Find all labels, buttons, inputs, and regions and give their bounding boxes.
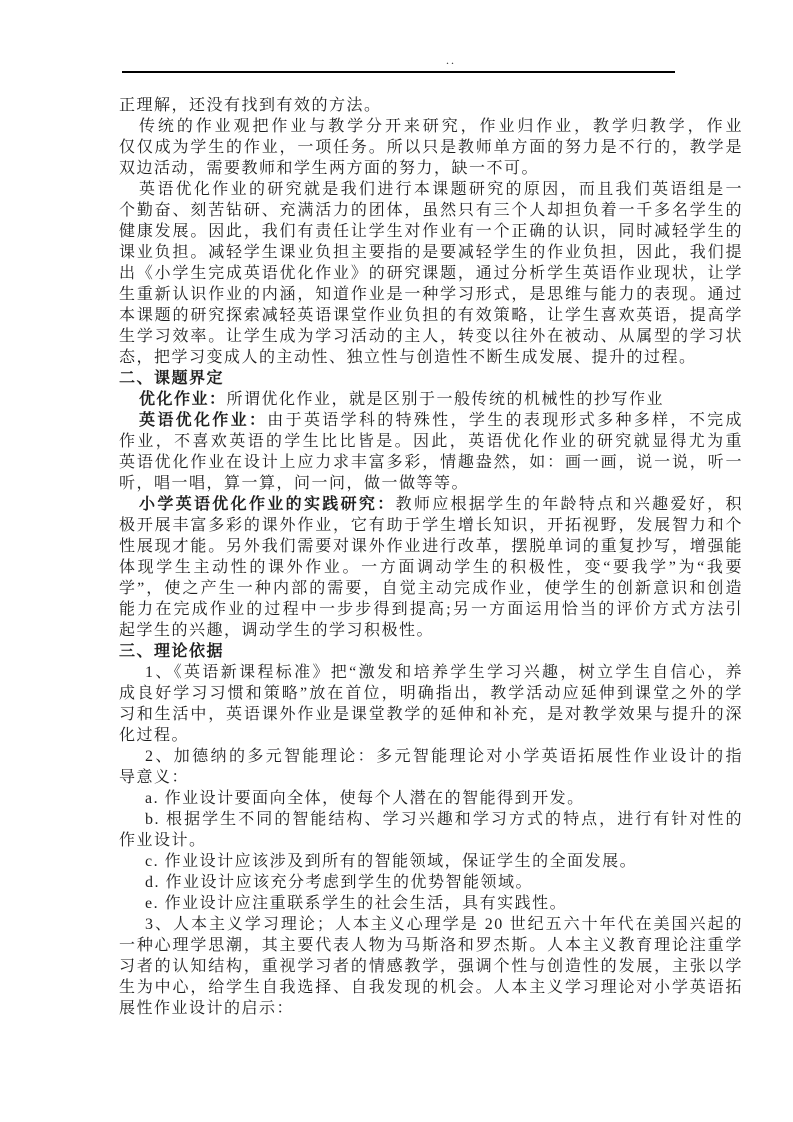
text-line: 习者的认知结构，重视学习者的情感教学，强调个性与创造性的发展，主张以学 [119,956,743,977]
bold-run: 三、理论依据 [119,643,224,660]
text-line: 2、加德纳的多元智能理论：多元智能理论对小学英语拓展性作业设计的指 [119,746,743,767]
text-line: a. 作业设计要面向全体，使每个人潜在的智能得到开发。 [119,788,743,809]
text-line: 传统的作业观把作业与教学分开来研究，作业归作业，教学归教学，作业 [119,116,743,137]
document-body: 正理解，还没有找到有效的方法。传统的作业观把作业与教学分开来研究，作业归作业，教… [119,95,743,1019]
text-line: 成良好学习习惯和策略”放在首位，明确指出，教学活动应延伸到课堂之外的学 [119,683,743,704]
text-line: 3、人本主义学习理论；人本主义心理学是 20 世纪五六十年代在美国兴起的 [119,914,743,935]
text-line: 习和生活中，英语课外作业是课堂教学的延伸和补充，是对教学效果与提升的深 [119,704,743,725]
text-line: 能力在完成作业的过程中一步步得到提高;另一方面运用恰当的评价方式方法引 [119,599,743,620]
text-line: 二、课题界定 [119,368,743,389]
text-line: b. 根据学生不同的智能结构、学习兴趣和学习方式的特点，进行有针对性的 [119,809,743,830]
text-line: 作业设计。 [119,830,743,851]
text-line: 出《小学生完成英语优化作业》的研究课题，通过分析学生英语作业现状，让学 [119,263,743,284]
header-rule [122,71,675,73]
text-line: 化过程。 [119,725,743,746]
text-line: e. 作业设计应注重联系学生的社会生活，具有实践性。 [119,893,743,914]
text-line: 三、理论依据 [119,641,743,662]
text-line: 仅仅成为学生的作业，一项任务。所以只是教师单方面的努力是不行的，教学是 [119,137,743,158]
text-line: 起学生的兴趣，调动学生的学习积极性。 [119,620,743,641]
text-line: 本课题的研究探索减轻英语课堂作业负担的有效策略，让学生喜欢英语，提高学 [119,305,743,326]
text-line: 生为中心，给学生自我选择、自我发现的机会。人本主义学习理论对小学英语拓 [119,977,743,998]
text-line: 极开展丰富多彩的课外作业，它有助于学生增长知识，开拓视野，发展智力和个 [119,515,743,536]
document-page: .. 正理解，还没有找到有效的方法。传统的作业观把作业与教学分开来研究，作业归作… [0,0,793,1122]
text-line: d. 作业设计应该充分考虑到学生的优势智能领域。 [119,872,743,893]
text-line: 生学习效率。让学生成为学习活动的主人，转变以往外在被动、从属型的学习状 [119,326,743,347]
text-line: 英语优化作业在设计上应力求丰富多彩，情趣盎然，如：画一画，说一说，听一 [119,452,743,473]
text-line: 1、《英语新课程标准》把“激发和培养学生学习兴趣，树立学生自信心，养 [119,662,743,683]
text-line: 一种心理学思潮，其主要代表人物为马斯洛和罗杰斯。人本主义教育理论注重学 [119,935,743,956]
bold-run: 小学英语优化作业的实践研究： [139,496,396,513]
text-line: 课业负担。减轻学生课业负担主要指的是要减轻学生的作业负担，因此，我们提 [119,242,743,263]
text-line: 学”，使之产生一种内部的需要，自觉主动完成作业，使学生的创新意识和创造 [119,578,743,599]
text-line: 性展现才能。另外我们需要对课外作业进行改革，摆脱单词的重复抄写，增强能 [119,536,743,557]
bold-run: 二、课题界定 [119,370,224,387]
header-marks: .. [446,53,456,68]
text-line: 英语优化作业：由于英语学科的特殊性，学生的表现形式多种多样，不完成 [119,410,743,431]
text-line: 听，唱一唱，算一算，问一问，做一做等等。 [119,473,743,494]
text-line: 体现学生主动性的课外作业。一方面调动学生的积极性，变“要我学”为“我要 [119,557,743,578]
text-line: 生重新认识作业的内涵，知道作业是一种学习形式，是思维与能力的表现。通过 [119,284,743,305]
bold-run: 优化作业： [139,391,227,408]
text-line: 健康发展。因此，我们有责任让学生对作业有一个正确的认识，同时减轻学生的 [119,221,743,242]
text-line: 展性作业设计的启示： [119,998,743,1019]
text-line: 英语优化作业的研究就是我们进行本课题研究的原因，而且我们英语组是一 [119,179,743,200]
text-line: 导意义： [119,767,743,788]
bold-run: 英语优化作业： [139,412,267,429]
text-line: 个勤奋、刻苦钻研、充满活力的团体，虽然只有三个人却担负着一千多名学生的 [119,200,743,221]
text-line: 优化作业：所谓优化作业，就是区别于一般传统的机械性的抄写作业 [119,389,743,410]
text-line: 双边活动，需要教师和学生两方面的努力，缺一不可。 [119,158,743,179]
text-line: c. 作业设计应该涉及到所有的智能领域，保证学生的全面发展。 [119,851,743,872]
text-line: 态，把学习变成人的主动性、独立性与创造性不断生成发展、提升的过程。 [119,347,743,368]
text-line: 作业，不喜欢英语的学生比比皆是。因此，英语优化作业的研究就显得尤为重要。 [119,431,743,452]
text-line: 小学英语优化作业的实践研究：教师应根据学生的年龄特点和兴趣爱好，积 [119,494,743,515]
text-line: 正理解，还没有找到有效的方法。 [119,95,743,116]
